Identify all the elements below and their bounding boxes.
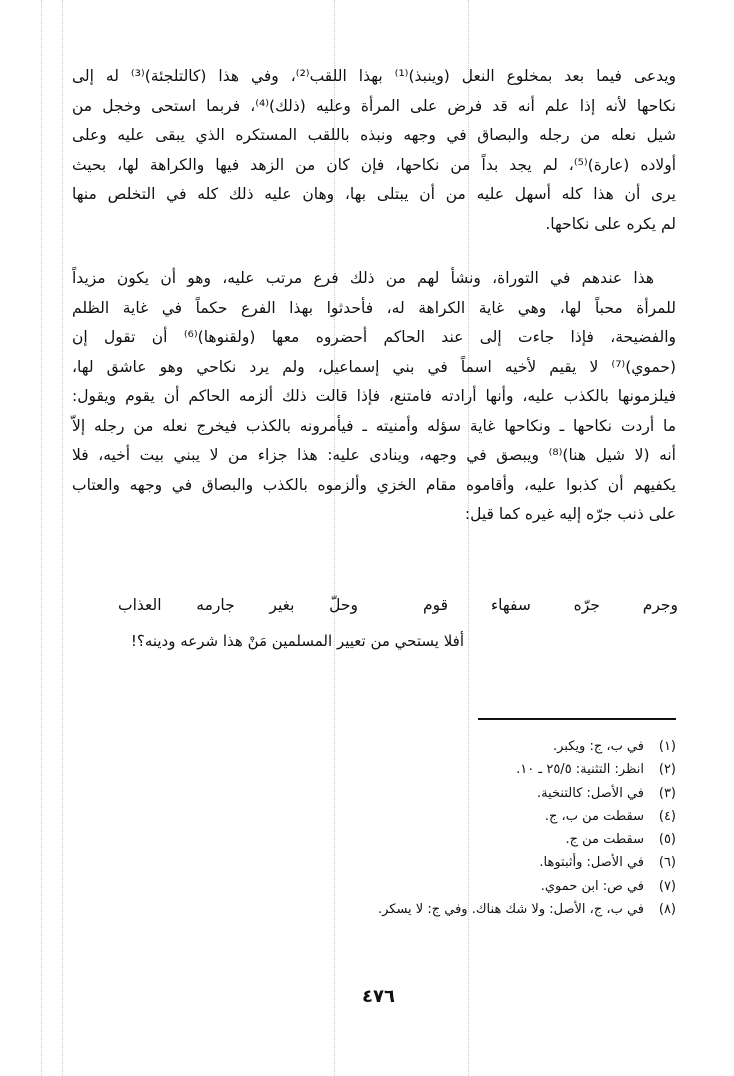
- text-line: يرى أن هذا كله أسهل عليه من أن يبتلى بها…: [72, 180, 676, 210]
- poem-first-hemistich: وجرم جرّه سفهاء قوم: [423, 591, 678, 619]
- text-line: شيل نعله من رجله والبصاق في وجهه ونبذه ب…: [72, 121, 676, 151]
- text-line: للمرأة محباً لها، وهي غاية الكراهة له، ف…: [72, 294, 676, 324]
- footnote-separator: [478, 718, 676, 720]
- scan-artifact-line: [41, 0, 42, 1076]
- text-line: والفضيحة، فإذا جاءت إلى عند الحاكم أحضرو…: [72, 323, 676, 353]
- footnote: (١) في ب، ج: ويكبر.: [378, 735, 676, 758]
- footnote-text: في ص: ابن حموي.: [541, 875, 644, 898]
- poem-second-hemistich: وحلّ بغير جارمه العذاب: [118, 591, 358, 619]
- footnote-text: في الأصل: وأثبتوها.: [539, 851, 644, 874]
- footnote-text: سقطت من ب، ج.: [545, 805, 644, 828]
- text-line: نكاحها لأنه إذا علم أنه قد فرض على المرأ…: [72, 92, 676, 122]
- footnote-number: (٨): [654, 898, 676, 921]
- footnote-text: في ب، ج، الأصل: ولا شك هناك. وفي ج: لا ي…: [378, 898, 644, 921]
- footnote: (٦) في الأصل: وأثبتوها.: [378, 851, 676, 874]
- text-line: (حموي)⁽⁷⁾ لا يقيم لأخيه اسماً في بني إسم…: [72, 353, 676, 383]
- scan-artifact-line: [62, 0, 63, 1076]
- footnote-number: (١): [654, 735, 676, 758]
- footnote-number: (٣): [654, 782, 676, 805]
- page-number: ٤٧٦: [362, 986, 395, 1007]
- footnote-text: سقطت من ج.: [565, 828, 644, 851]
- footnote-number: (٧): [654, 875, 676, 898]
- poem-verse: وجرم جرّه سفهاء قوم وحلّ بغير جارمه العذ…: [118, 591, 678, 619]
- footnote-text: انظر: التثنية: ٢٥/٥ ـ ١٠.: [516, 758, 644, 781]
- footnote-text: في ب، ج: ويكبر.: [553, 735, 644, 758]
- footnote-number: (٥): [654, 828, 676, 851]
- footnote: (٥) سقطت من ج.: [378, 828, 676, 851]
- footnote-number: (٢): [654, 758, 676, 781]
- text-line: أولاده (عارة)⁽⁵⁾، لم يجد بداً من نكاحها،…: [72, 151, 676, 181]
- text-line: لم يكره على نكاحها.: [72, 210, 676, 240]
- footnote: (٧) في ص: ابن حموي.: [378, 875, 676, 898]
- text-line: فيلزمونها بالكذب عليه، وأنها أرادته فامت…: [72, 382, 676, 412]
- paragraph-2: هذا عندهم في التوراة، ونشأ لهم من ذلك فر…: [72, 264, 676, 530]
- closing-question: أفلا يستحي من تعيير المسلمين مَنْ هذا شر…: [131, 632, 464, 650]
- footnote: (٤) سقطت من ب، ج.: [378, 805, 676, 828]
- footnote: (٢) انظر: التثنية: ٢٥/٥ ـ ١٠.: [378, 758, 676, 781]
- text-line: على ذنب جرّه إليه غيره كما قيل:: [72, 500, 676, 530]
- footnote-text: في الأصل: كالتنخية.: [537, 782, 644, 805]
- footnote: (٣) في الأصل: كالتنخية.: [378, 782, 676, 805]
- text-line: ويدعى فيما بعد بمخلوع النعل (وينبذ)⁽¹⁾ ب…: [72, 62, 676, 92]
- footnote: (٨) في ب، ج، الأصل: ولا شك هناك. وفي ج: …: [378, 898, 676, 921]
- text-line: ما أردت نكاحها ـ ونكاحها غاية سؤله وأمني…: [72, 412, 676, 442]
- footnote-number: (٤): [654, 805, 676, 828]
- text-line: أنه (لا شيل هنا)⁽⁸⁾ ويبصق في وجهه، ويناد…: [72, 441, 676, 471]
- text-line: يكفيهم أن كذبوا عليه، وأقاموه مقام الخزي…: [72, 471, 676, 501]
- book-page: ويدعى فيما بعد بمخلوع النعل (وينبذ)⁽¹⁾ ب…: [0, 0, 734, 1076]
- footnote-number: (٦): [654, 851, 676, 874]
- text-line: هذا عندهم في التوراة، ونشأ لهم من ذلك فر…: [72, 264, 676, 294]
- paragraph-1: ويدعى فيما بعد بمخلوع النعل (وينبذ)⁽¹⁾ ب…: [72, 62, 676, 239]
- footnotes-list: (١) في ب، ج: ويكبر. (٢) انظر: التثنية: ٢…: [378, 735, 676, 921]
